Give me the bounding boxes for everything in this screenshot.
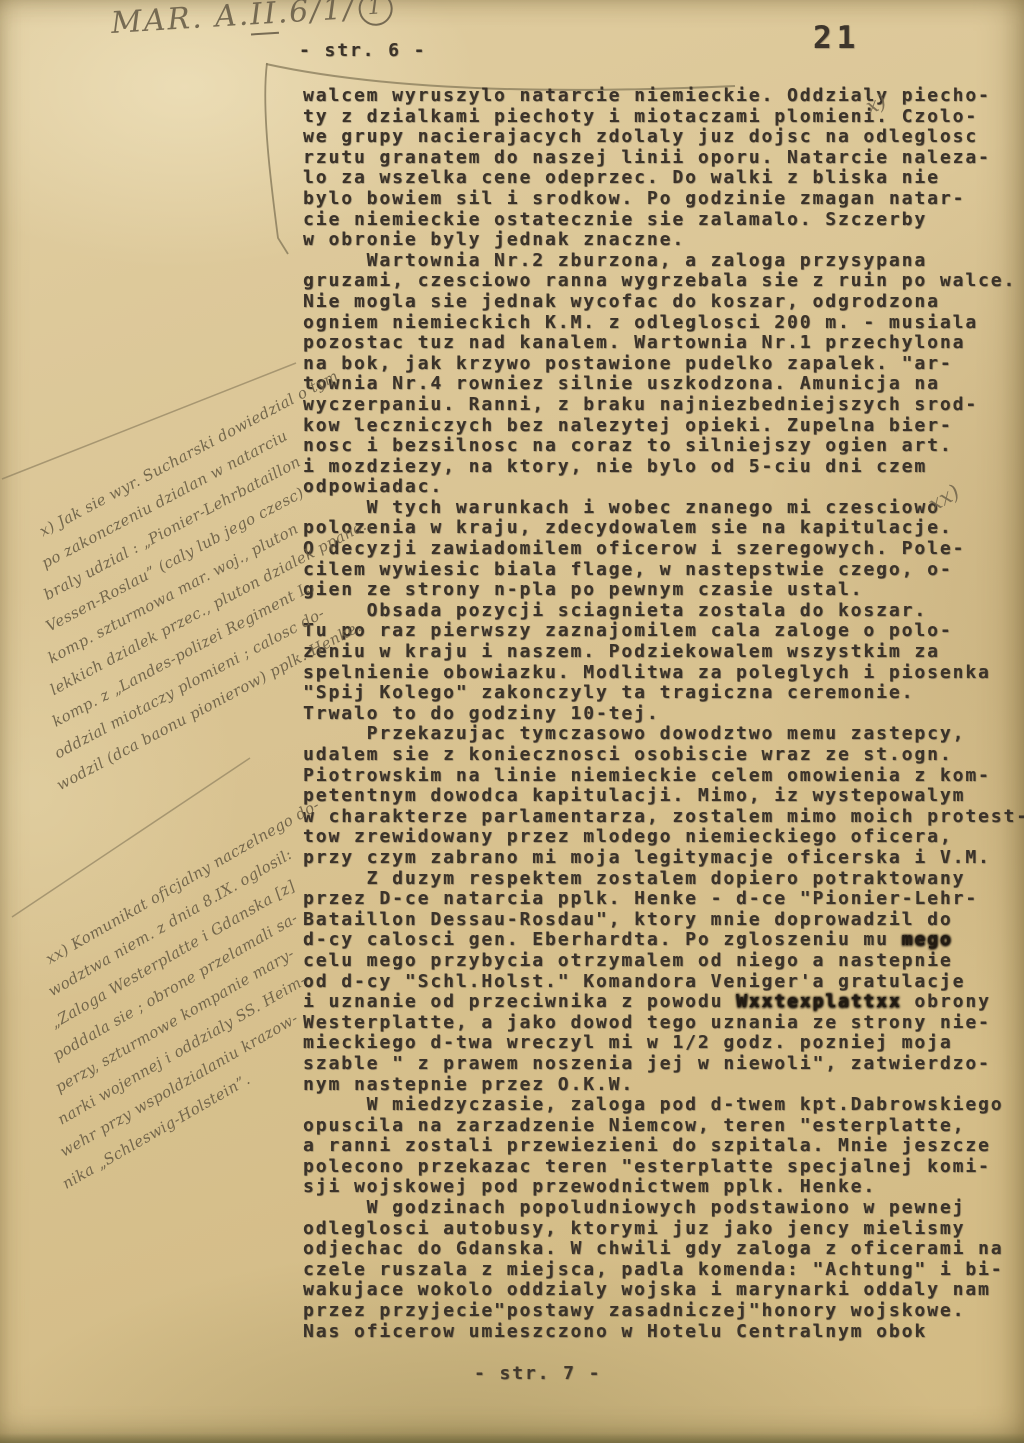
typed-line: gruzami, czesciowo ranna wygrzebala sie … bbox=[303, 271, 1024, 292]
typed-line: Piotrowskim na linie niemieckie celem om… bbox=[303, 766, 1024, 787]
typed-line: w obronie byly jednak znaczne. bbox=[303, 230, 1024, 251]
typed-line: Westerplatte, a jako dowod tego uznania … bbox=[303, 1013, 1024, 1034]
typed-line: Przekazujac tymczasowo dowodztwo memu za… bbox=[303, 724, 1024, 745]
typed-line: Bataillon Dessau-Rosdau", ktory mnie dop… bbox=[303, 910, 1024, 931]
typed-line: a ranni zostali przewiezieni do szpitala… bbox=[303, 1136, 1024, 1157]
typed-line: wakujace wokolo oddzialy wojska i maryna… bbox=[303, 1280, 1024, 1301]
typed-line: Trwalo to do godziny 10-tej. bbox=[303, 704, 1024, 725]
typed-line: Z duzym respektem zostalem dopiero potra… bbox=[303, 869, 1024, 890]
typed-line: nym nastepnie przez O.K.W. bbox=[303, 1075, 1024, 1096]
typed-line: udalem sie z koniecznosci osobiscie wraz… bbox=[303, 745, 1024, 766]
page-header-number: - str. 6 - bbox=[299, 40, 426, 61]
typed-line: przy czym zabrano mi moja legitymacje of… bbox=[303, 848, 1024, 869]
archive-reference-underlined: II bbox=[249, 0, 279, 35]
archive-reference: MAR. A.II.6/1/1 bbox=[110, 0, 394, 45]
typed-line: d-cy calosci gen. Eberhardta. Po zglosze… bbox=[303, 930, 1024, 951]
typed-line: i mozdziezy, na ktory, nie bylo od 5-ciu… bbox=[303, 457, 1024, 478]
typed-line: przez D-ce natarcia pplk. Henke - d-ce "… bbox=[303, 889, 1024, 910]
typed-line: we grupy nacierajacych zdolaly juz dojsc… bbox=[303, 127, 1024, 148]
typed-line: Nas oficerow umieszczono w Hotelu Centra… bbox=[303, 1322, 1024, 1343]
typed-line: "Spij Kolego" zakonczyly ta tragiczna ce… bbox=[303, 683, 1024, 704]
typed-line: cie niemieckie ostatecznie sie zalamalo.… bbox=[303, 210, 1024, 231]
typed-line: odpowiadac. bbox=[303, 477, 1024, 498]
archive-reference-part: MAR. A. bbox=[110, 0, 251, 41]
typed-line: na bok, jak krzywo postawione pudelko za… bbox=[303, 354, 1024, 375]
typed-line: petentnym dowodca kapitulacji. Mimo, iz … bbox=[303, 786, 1024, 807]
typed-line: przez przyjecie"postawy zasadniczej"hono… bbox=[303, 1301, 1024, 1322]
typed-line: szable " z prawem noszenia jej w niewoli… bbox=[303, 1054, 1024, 1075]
typed-line: spelnienie obowiazku. Modlitwa za polegl… bbox=[303, 663, 1024, 684]
typed-line: W godzinach popoludniowych podstawiono w… bbox=[303, 1198, 1024, 1219]
archive-reference-part: .6/1/ bbox=[277, 0, 357, 31]
typed-line: odleglosci autobusy, ktorymi juz jako je… bbox=[303, 1219, 1024, 1240]
pencil-vertical-line bbox=[265, 63, 288, 254]
typed-line: tow zrewidowany przez mlodego niemieckie… bbox=[303, 827, 1024, 848]
typed-line: rzutu granatem do naszej linii oporu. Na… bbox=[303, 148, 1024, 169]
typed-line: W miedzyczasie, zaloga pod d-twem kpt.Da… bbox=[303, 1095, 1024, 1116]
typed-line: lo za wszelka cene odeprzec. Do walki z … bbox=[303, 168, 1024, 189]
typed-line: mieckiego d-twa wreczyl mi w 1/2 godz. p… bbox=[303, 1033, 1024, 1054]
typed-line: zeniu w kraju i naszem. Podziekowalem ws… bbox=[303, 642, 1024, 663]
sheet-number: 21 bbox=[813, 20, 860, 56]
typed-line: odjechac do Gdanska. W chwili gdy zaloga… bbox=[303, 1239, 1024, 1260]
typed-line: nosc i bezsilnosc na coraz to silniejszy… bbox=[303, 436, 1024, 457]
typed-line: w charakterze parlamentarza, zostalem mi… bbox=[303, 807, 1024, 828]
typed-line: kow leczniczych bez nalezytej opieki. Zu… bbox=[303, 416, 1024, 437]
page-footer-number: - str. 7 - bbox=[474, 1363, 601, 1384]
typed-line: pozostac tuz nad kanalem. Wartownia Nr.1… bbox=[303, 333, 1024, 354]
typed-line: sji wojskowej pod przewodnictwem pplk. H… bbox=[303, 1177, 1024, 1198]
typed-line: townia Nr.4 rowniez silnie uszkodzona. A… bbox=[303, 374, 1024, 395]
typed-line: ty z dzialkami piechoty i miotaczami plo… bbox=[303, 107, 1024, 128]
typed-line: czele ruszala z miejsca, padla komenda: … bbox=[303, 1260, 1024, 1281]
typed-line: bylo bowiem sil i srodkow. Po godzinie z… bbox=[303, 189, 1024, 210]
typed-line: walcem wyruszylo natarcie niemieckie. Od… bbox=[303, 86, 1024, 107]
document-page: MAR. A.II.6/1/1 - str. 6 - 21 walcem wyr… bbox=[0, 0, 1024, 1443]
typed-line: Nie mogla sie jednak wycofac do koszar, … bbox=[303, 292, 1024, 313]
archive-reference-circled-number: 1 bbox=[358, 0, 394, 27]
typed-body: walcem wyruszylo natarcie niemieckie. Od… bbox=[303, 86, 1024, 1342]
typed-line: Wartownia Nr.2 zburzona, a zaloga przysy… bbox=[303, 251, 1024, 272]
typed-line: ogniem niemieckich K.M. z odleglosci 200… bbox=[303, 313, 1024, 334]
typed-line: wyczerpaniu. Ranni, z braku najniezbedni… bbox=[303, 395, 1024, 416]
typed-line: polecono przekazac teren "esterplatte sp… bbox=[303, 1157, 1024, 1178]
typed-line: Tu po raz pierwszy zaznajomilem cala zal… bbox=[303, 621, 1024, 642]
typed-line: opuscila na zarzadzenie Niemcow, teren "… bbox=[303, 1116, 1024, 1137]
